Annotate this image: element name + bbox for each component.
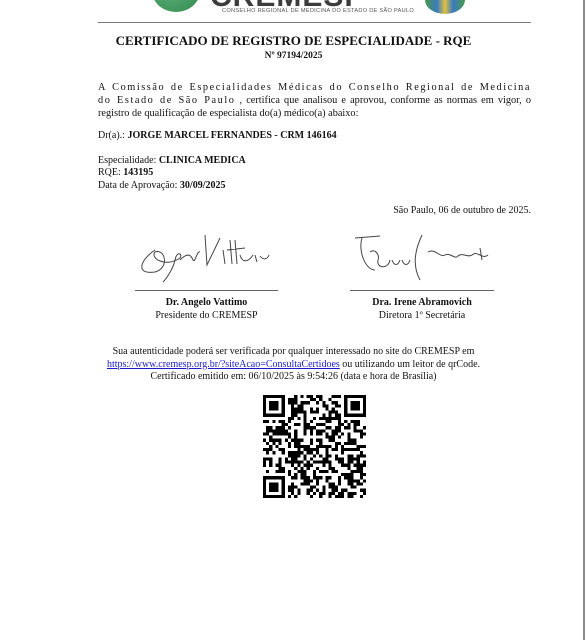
verification-text: Sua autenticidade poderá ser verificada … [0, 346, 587, 384]
signer-2-name: Dra. Irene Abramovich [350, 297, 494, 308]
rqe-value: 143195 [123, 167, 153, 178]
signature-abramovich [350, 230, 500, 285]
verification-link[interactable]: https://www.cremesp.org.br/?siteAcao=Con… [107, 359, 340, 370]
certificate-number: Nº 97194/2025 [0, 51, 587, 61]
signature-line-2 [350, 290, 494, 291]
doctor-label: Dr(a).: [98, 130, 125, 141]
signature-line-1 [135, 290, 278, 291]
signer-1-role: Presidente do CREMESP [135, 310, 278, 321]
qr-code [263, 395, 366, 498]
intro-text-2: do Estado de São Paulo [98, 95, 235, 106]
issued-timestamp: Certificado emitido em: 06/10/2025 às 9:… [0, 371, 587, 384]
specialty-line: Especialidade: CLINICA MEDICA [98, 155, 246, 166]
signature-vattimo [135, 230, 275, 285]
state-crest-icon [425, 0, 465, 14]
intro-text-1: A Comissão de Especialidades Médicas do … [98, 82, 531, 93]
signer-1-name: Dr. Angelo Vattimo [135, 297, 278, 308]
header-divider [98, 22, 531, 23]
approval-label: Data de Aprovação: [98, 180, 177, 191]
specialty-label: Especialidade: [98, 155, 156, 166]
cremesp-logo-icon [152, 0, 200, 12]
doctor-line: Dr(a).: JORGE MARCEL FERNANDES - CRM 146… [98, 130, 337, 141]
place-date: São Paulo, 06 de outubro de 2025. [393, 205, 531, 216]
logo-subtitle: CONSELHO REGIONAL DE MEDICINA DO ESTADO … [222, 8, 414, 14]
page-border [583, 0, 585, 640]
verification-line-1: Sua autenticidade poderá ser verificada … [0, 346, 587, 359]
rqe-line: RQE: 143195 [98, 167, 153, 178]
certificate-title: CERTIFICADO DE REGISTRO DE ESPECIALIDADE… [0, 33, 587, 49]
verification-line-2: ou utilizando um leitor de qrCode. [340, 359, 480, 370]
intro-paragraph: A Comissão de Especialidades Médicas do … [98, 81, 531, 120]
specialty-value: CLINICA MEDICA [159, 155, 246, 166]
rqe-label: RQE: [98, 167, 121, 178]
signer-2-role: Diretora 1º Secretária [350, 310, 494, 321]
doctor-value: JORGE MARCEL FERNANDES - CRM 146164 [127, 130, 336, 141]
approval-line: Data de Aprovação: 30/09/2025 [98, 180, 225, 191]
approval-value: 30/09/2025 [180, 180, 226, 191]
